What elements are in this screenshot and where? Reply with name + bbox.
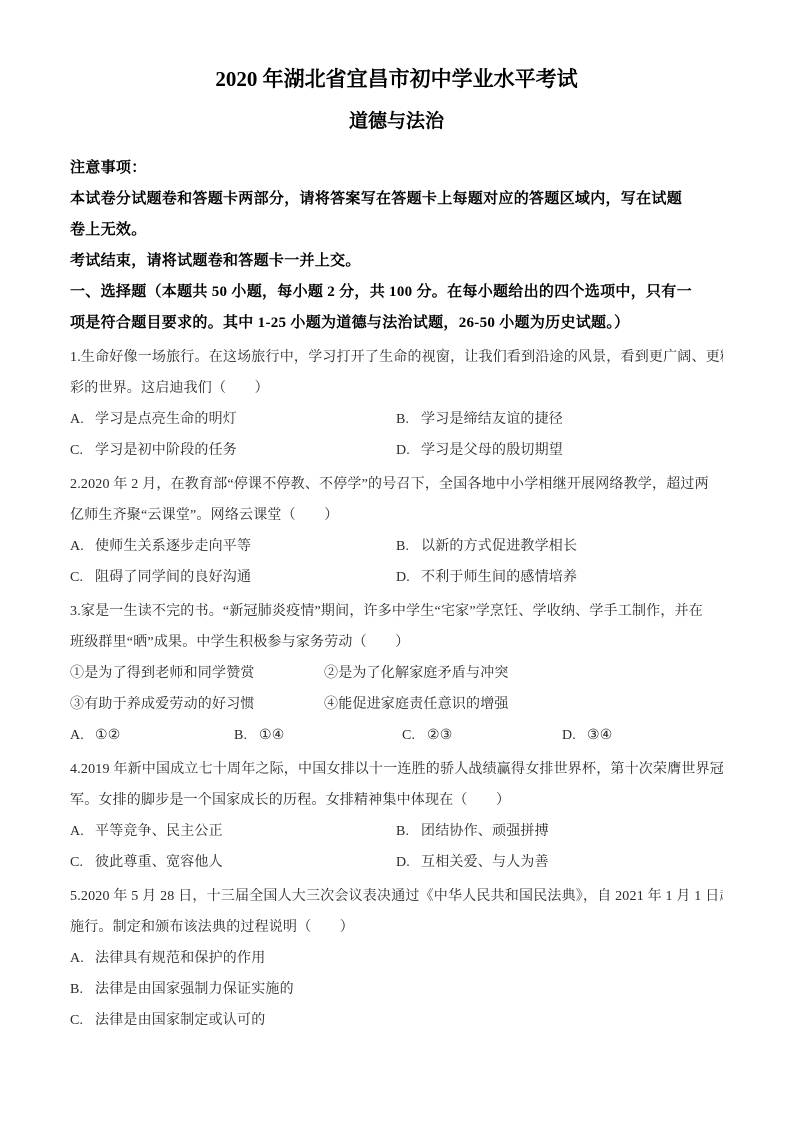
option: A.法律具有规范和保护的作用 (70, 943, 723, 974)
option-label: D. (396, 847, 421, 878)
question: 1.生命好像一场旅行。在这场旅行中，学习打开了生命的视窗，让我们看到沿途的风景，… (70, 342, 723, 466)
page-title: 2020 年湖北省宜昌市初中学业水平考试 (70, 64, 723, 94)
question: 3.家是一生读不完的书。“新冠肺炎疫情”期间，许多中学生“宅家”学烹饪、学收纳、… (70, 596, 723, 751)
question-stem-text: 2019 年新中国成立七十周年之际，中国女排以十一连胜的骄人战绩赢得女排世界杯，… (81, 762, 723, 777)
notice-section: 注意事项： 本试卷分试题卷和答题卡两部分，请将答案写在答题卡上每题对应的答题区域… (70, 153, 723, 277)
option-text: 不利于师生间的感情培养 (421, 570, 577, 585)
option-text: 平等竞争、民主公正 (95, 824, 223, 839)
page-subtitle: 道德与法治 (70, 107, 723, 137)
option: A.使师生关系逐步走向平等 (70, 531, 396, 562)
question-stem-line: 2.2020 年 2 月，在教育部“停课不停教、不停学”的号召下，全国各地中小学… (70, 469, 723, 500)
option-text: 学习是缔结友谊的捷径 (421, 412, 563, 427)
option: C.学习是初中阶段的任务 (70, 435, 396, 466)
option: A.学习是点亮生命的明灯 (70, 404, 396, 435)
option-text: ①④ (259, 728, 285, 743)
option: D.不利于师生间的感情培养 (396, 562, 723, 593)
section-header-line: 一、选择题（本题共 50 小题，每小题 2 分，共 100 分。在每小题给出的四… (70, 277, 723, 308)
option-text: 团结协作、顽强拼搏 (421, 824, 549, 839)
question: 2.2020 年 2 月，在教育部“停课不停教、不停学”的号召下，全国各地中小学… (70, 469, 723, 593)
option: C.阻碍了同学间的良好沟通 (70, 562, 396, 593)
option-row: A.①②B.①④C.②③D.③④ (70, 720, 723, 751)
notice-lines: 本试卷分试题卷和答题卡两部分，请将答案写在答题卡上每题对应的答题区域内，写在试题… (70, 184, 723, 277)
option-row: C.学习是初中阶段的任务D.学习是父母的殷切期望 (70, 435, 723, 466)
question-stem-text: 班级群里“晒”成果。中学生积极参与家务劳动（ ） (70, 635, 409, 650)
statement: ④能促进家庭责任意识的增强 (324, 689, 723, 720)
section-header: 一、选择题（本题共 50 小题，每小题 2 分，共 100 分。在每小题给出的四… (70, 277, 723, 339)
option-row: B.法律是由国家强制力保证实施的 (70, 974, 723, 1005)
question: 4.2019 年新中国成立七十周年之际，中国女排以十一连胜的骄人战绩赢得女排世界… (70, 754, 723, 878)
option-text: 法律是由国家制定或认可的 (95, 1013, 265, 1028)
option: B.法律是由国家强制力保证实施的 (70, 974, 723, 1005)
option-text: 学习是父母的殷切期望 (421, 443, 563, 458)
question-stem-text: 2020 年 2 月，在教育部“停课不停教、不停学”的号召下，全国各地中小学相继… (81, 477, 709, 492)
question-number: 3. (70, 604, 81, 619)
option: D.③④ (562, 720, 723, 751)
statement: ①是为了得到老师和同学赞赏 (70, 658, 324, 689)
option: C.法律是由国家制定或认可的 (70, 1005, 723, 1036)
question-stem-text: 施行。制定和颁布该法典的过程说明（ ） (70, 920, 354, 935)
option-text: ②③ (427, 728, 453, 743)
option-text: 以新的方式促进教学相长 (421, 539, 577, 554)
option-row: A.学习是点亮生命的明灯B.学习是缔结友谊的捷径 (70, 404, 723, 435)
option-label: B. (234, 720, 259, 751)
question-stem-line: 军。女排的脚步是一个国家成长的历程。女排精神集中体现在（ ） (70, 785, 723, 816)
option-label: A. (70, 816, 95, 847)
option-text: 阻碍了同学间的良好沟通 (95, 570, 251, 585)
statement: ②是为了化解家庭矛盾与冲突 (324, 658, 723, 689)
option-row: C.阻碍了同学间的良好沟通D.不利于师生间的感情培养 (70, 562, 723, 593)
question-stem-text: 生命好像一场旅行。在这场旅行中，学习打开了生命的视窗，让我们看到沿途的风景，看到… (81, 350, 723, 365)
option-label: C. (70, 1005, 95, 1036)
option-row: A.平等竞争、民主公正B.团结协作、顽强拼搏 (70, 816, 723, 847)
option-text: 学习是点亮生命的明灯 (95, 412, 237, 427)
question-stem-text: 军。女排的脚步是一个国家成长的历程。女排精神集中体现在（ ） (70, 793, 510, 808)
question-stem-text: 2020 年 5 月 28 日，十三届全国人大三次会议表决通过《中华人民共和国民… (81, 889, 723, 904)
option: A.①② (70, 720, 234, 751)
notice-line: 卷上无效。 (70, 215, 723, 246)
option-label: D. (396, 562, 421, 593)
option-text: 彼此尊重、宽容他人 (95, 855, 223, 870)
statement-row: ③有助于养成爱劳动的好习惯④能促进家庭责任意识的增强 (70, 689, 723, 720)
question-stem-line: 1.生命好像一场旅行。在这场旅行中，学习打开了生命的视窗，让我们看到沿途的风景，… (70, 342, 723, 373)
option-label: A. (70, 720, 95, 751)
statement: ③有助于养成爱劳动的好习惯 (70, 689, 324, 720)
option-text: ③④ (587, 728, 613, 743)
option-label: B. (70, 974, 95, 1005)
statement-row: ①是为了得到老师和同学赞赏②是为了化解家庭矛盾与冲突 (70, 658, 723, 689)
question-number: 1. (70, 350, 81, 365)
option-row: C.法律是由国家制定或认可的 (70, 1005, 723, 1036)
option-text: 法律具有规范和保护的作用 (95, 951, 265, 966)
option: B.①④ (234, 720, 402, 751)
question-stem-line: 班级群里“晒”成果。中学生积极参与家务劳动（ ） (70, 627, 723, 658)
option: A.平等竞争、民主公正 (70, 816, 396, 847)
option-row: A.法律具有规范和保护的作用 (70, 943, 723, 974)
option-label: B. (396, 816, 421, 847)
option-label: A. (70, 943, 95, 974)
questions: 1.生命好像一场旅行。在这场旅行中，学习打开了生命的视窗，让我们看到沿途的风景，… (70, 342, 723, 1036)
option-label: B. (396, 404, 421, 435)
question-number: 2. (70, 477, 81, 492)
notice-line: 本试卷分试题卷和答题卡两部分，请将答案写在答题卡上每题对应的答题区域内，写在试题 (70, 184, 723, 215)
option-label: A. (70, 404, 95, 435)
option-label: B. (396, 531, 421, 562)
question-stem-text: 家是一生读不完的书。“新冠肺炎疫情”期间，许多中学生“宅家”学烹饪、学收纳、学手… (81, 604, 703, 619)
option-text: 法律是由国家强制力保证实施的 (95, 982, 294, 997)
option-label: C. (402, 720, 427, 751)
option-row: A.使师生关系逐步走向平等B.以新的方式促进教学相长 (70, 531, 723, 562)
notice-line: 考试结束，请将试题卷和答题卡一并上交。 (70, 246, 723, 277)
question-stem-line: 亿师生齐聚“云课堂”。网络云课堂（ ） (70, 500, 723, 531)
question-number: 5. (70, 889, 81, 904)
question: 5.2020 年 5 月 28 日，十三届全国人大三次会议表决通过《中华人民共和… (70, 881, 723, 1036)
option: B.以新的方式促进教学相长 (396, 531, 723, 562)
option: B.团结协作、顽强拼搏 (396, 816, 723, 847)
option: C.②③ (402, 720, 562, 751)
notice-heading: 注意事项： (70, 153, 723, 184)
question-stem-line: 彩的世界。这启迪我们（ ） (70, 373, 723, 404)
question-number: 4. (70, 762, 81, 777)
option-label: D. (396, 435, 421, 466)
question-stem-line: 5.2020 年 5 月 28 日，十三届全国人大三次会议表决通过《中华人民共和… (70, 881, 723, 912)
option: D.互相关爱、与人为善 (396, 847, 723, 878)
question-stem-text: 亿师生齐聚“云课堂”。网络云课堂（ ） (70, 508, 338, 523)
option: B.学习是缔结友谊的捷径 (396, 404, 723, 435)
section-header-line: 项是符合题目要求的。其中 1-25 小题为道德与法治试题，26-50 小题为历史… (70, 308, 723, 339)
option-text: 互相关爱、与人为善 (421, 855, 549, 870)
option-label: C. (70, 562, 95, 593)
option-text: ①② (95, 728, 121, 743)
question-stem-line: 施行。制定和颁布该法典的过程说明（ ） (70, 912, 723, 943)
option: D.学习是父母的殷切期望 (396, 435, 723, 466)
option-label: C. (70, 847, 95, 878)
option-label: D. (562, 720, 587, 751)
question-stem-text: 彩的世界。这启迪我们（ ） (70, 381, 269, 396)
option-row: C.彼此尊重、宽容他人D.互相关爱、与人为善 (70, 847, 723, 878)
exam-page: 2020 年湖北省宜昌市初中学业水平考试 道德与法治 注意事项： 本试卷分试题卷… (0, 0, 793, 1122)
question-stem-line: 4.2019 年新中国成立七十周年之际，中国女排以十一连胜的骄人战绩赢得女排世界… (70, 754, 723, 785)
option-label: A. (70, 531, 95, 562)
option: C.彼此尊重、宽容他人 (70, 847, 396, 878)
option-text: 学习是初中阶段的任务 (95, 443, 237, 458)
option-text: 使师生关系逐步走向平等 (95, 539, 251, 554)
question-stem-line: 3.家是一生读不完的书。“新冠肺炎疫情”期间，许多中学生“宅家”学烹饪、学收纳、… (70, 596, 723, 627)
option-label: C. (70, 435, 95, 466)
